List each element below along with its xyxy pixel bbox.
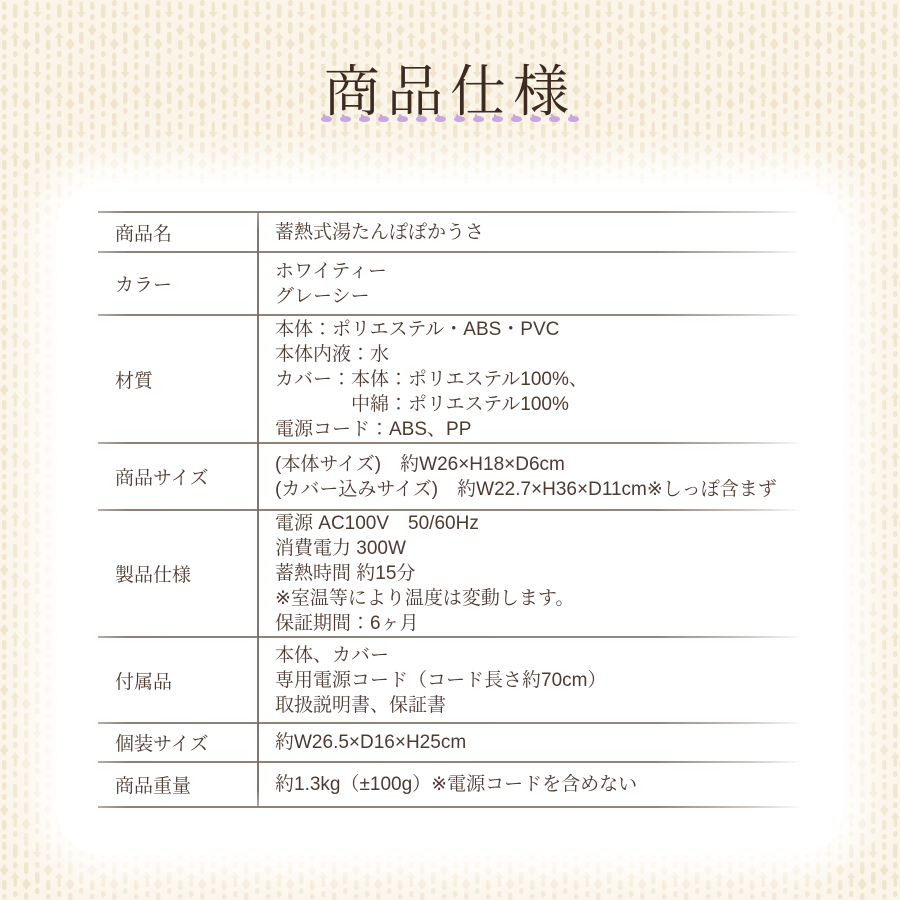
- rabbit-dot-icon: [568, 116, 579, 122]
- rabbit-dot-icon: [359, 116, 370, 122]
- value-line: ホワイティー: [275, 259, 816, 284]
- value-line: 本体、カバー: [275, 643, 816, 668]
- rabbit-dot-icon: [340, 116, 351, 122]
- value-line: 電源 AC100V 50/60Hz: [275, 511, 816, 536]
- rabbit-dot-icon: [511, 116, 522, 122]
- value-line: 電源コード：ABS、PP: [275, 417, 816, 442]
- rabbit-dot-icon: [397, 116, 408, 122]
- table-row: 個装サイズ 約W26.5×D16×H25cm: [98, 723, 820, 762]
- table-row: 商品重量 約1.3kg（±100g）※電源コードを含めない: [98, 762, 820, 807]
- row-label: 材質: [98, 366, 257, 393]
- row-label: 製品仕様: [98, 560, 257, 587]
- row-value: 電源 AC100V 50/60Hz 消費電力 300W 蓄熱時間 約15分 ※室…: [257, 511, 820, 636]
- row-value: (本体サイズ) 約W26×H18×D6cm (カバー込みサイズ) 約W22.7×…: [257, 452, 820, 502]
- value-line: 本体：ポリエステル・ABS・PVC: [275, 317, 816, 342]
- rabbit-dot-icon: [435, 116, 446, 122]
- table-row: 商品名 蓄熱式湯たんぽぽかうさ: [98, 212, 820, 252]
- table-row: 製品仕様 電源 AC100V 50/60Hz 消費電力 300W 蓄熱時間 約1…: [98, 510, 820, 637]
- row-value: 本体、カバー 専用電源コード（コード長さ約70cm） 取扱説明書、保証書: [257, 643, 820, 718]
- value-line: 蓄熱式湯たんぽぽかうさ: [275, 220, 816, 245]
- rabbit-dot-icon: [378, 116, 389, 122]
- value-line: 本体内液：水: [275, 342, 816, 367]
- table-row: 付属品 本体、カバー 専用電源コード（コード長さ約70cm） 取扱説明書、保証書: [98, 637, 820, 723]
- value-line: カバー：本体：ポリエステル100%、: [275, 367, 816, 392]
- row-label: カラー: [98, 270, 257, 297]
- spec-table: 商品名 蓄熱式湯たんぽぽかうさ カラー ホワイティー グレーシー 材質 本体：ポ…: [98, 212, 820, 807]
- title-underline: [321, 116, 579, 122]
- row-value: 約W26.5×D16×H25cm: [257, 730, 820, 755]
- value-line: 中綿：ポリエステル100%: [275, 392, 816, 417]
- row-label: 付属品: [98, 667, 257, 694]
- row-label: 商品重量: [98, 771, 257, 798]
- value-line: 消費電力 300W: [275, 536, 816, 561]
- table-row: 商品サイズ (本体サイズ) 約W26×H18×D6cm (カバー込みサイズ) 約…: [98, 443, 820, 510]
- value-line: (本体サイズ) 約W26×H18×D6cm: [275, 452, 816, 477]
- rabbit-dot-icon: [454, 116, 465, 122]
- row-value: 約1.3kg（±100g）※電源コードを含めない: [257, 772, 820, 797]
- value-line: 約W26.5×D16×H25cm: [275, 730, 816, 755]
- row-label: 商品サイズ: [98, 463, 257, 490]
- value-line: 専用電源コード（コード長さ約70cm）: [275, 668, 816, 693]
- rabbit-dot-icon: [549, 116, 560, 122]
- value-line: グレーシー: [275, 284, 816, 309]
- rabbit-dot-icon: [492, 116, 503, 122]
- value-line: 取扱説明書、保証書: [275, 693, 816, 718]
- rabbit-dot-icon: [473, 116, 484, 122]
- rabbit-dot-icon: [416, 116, 427, 122]
- value-line: ※室温等により温度は変動します。: [275, 586, 816, 611]
- table-row: 材質 本体：ポリエステル・ABS・PVC 本体内液：水 カバー：本体：ポリエステ…: [98, 315, 820, 443]
- row-label: 商品名: [98, 219, 257, 246]
- value-line: (カバー込みサイズ) 約W22.7×H36×D11cm※しっぽ含まず: [275, 477, 816, 502]
- row-value: ホワイティー グレーシー: [257, 259, 820, 309]
- rabbit-dot-icon: [321, 116, 332, 122]
- row-label: 個装サイズ: [98, 729, 257, 756]
- row-value: 蓄熱式湯たんぽぽかうさ: [257, 220, 820, 245]
- table-row: カラー ホワイティー グレーシー: [98, 252, 820, 315]
- value-line: 蓄熱時間 約15分: [275, 561, 816, 586]
- row-value: 本体：ポリエステル・ABS・PVC 本体内液：水 カバー：本体：ポリエステル10…: [257, 317, 820, 442]
- value-line: 約1.3kg（±100g）※電源コードを含めない: [275, 772, 816, 797]
- value-line: 保証期間：6ヶ月: [275, 611, 816, 636]
- rabbit-dot-icon: [530, 116, 541, 122]
